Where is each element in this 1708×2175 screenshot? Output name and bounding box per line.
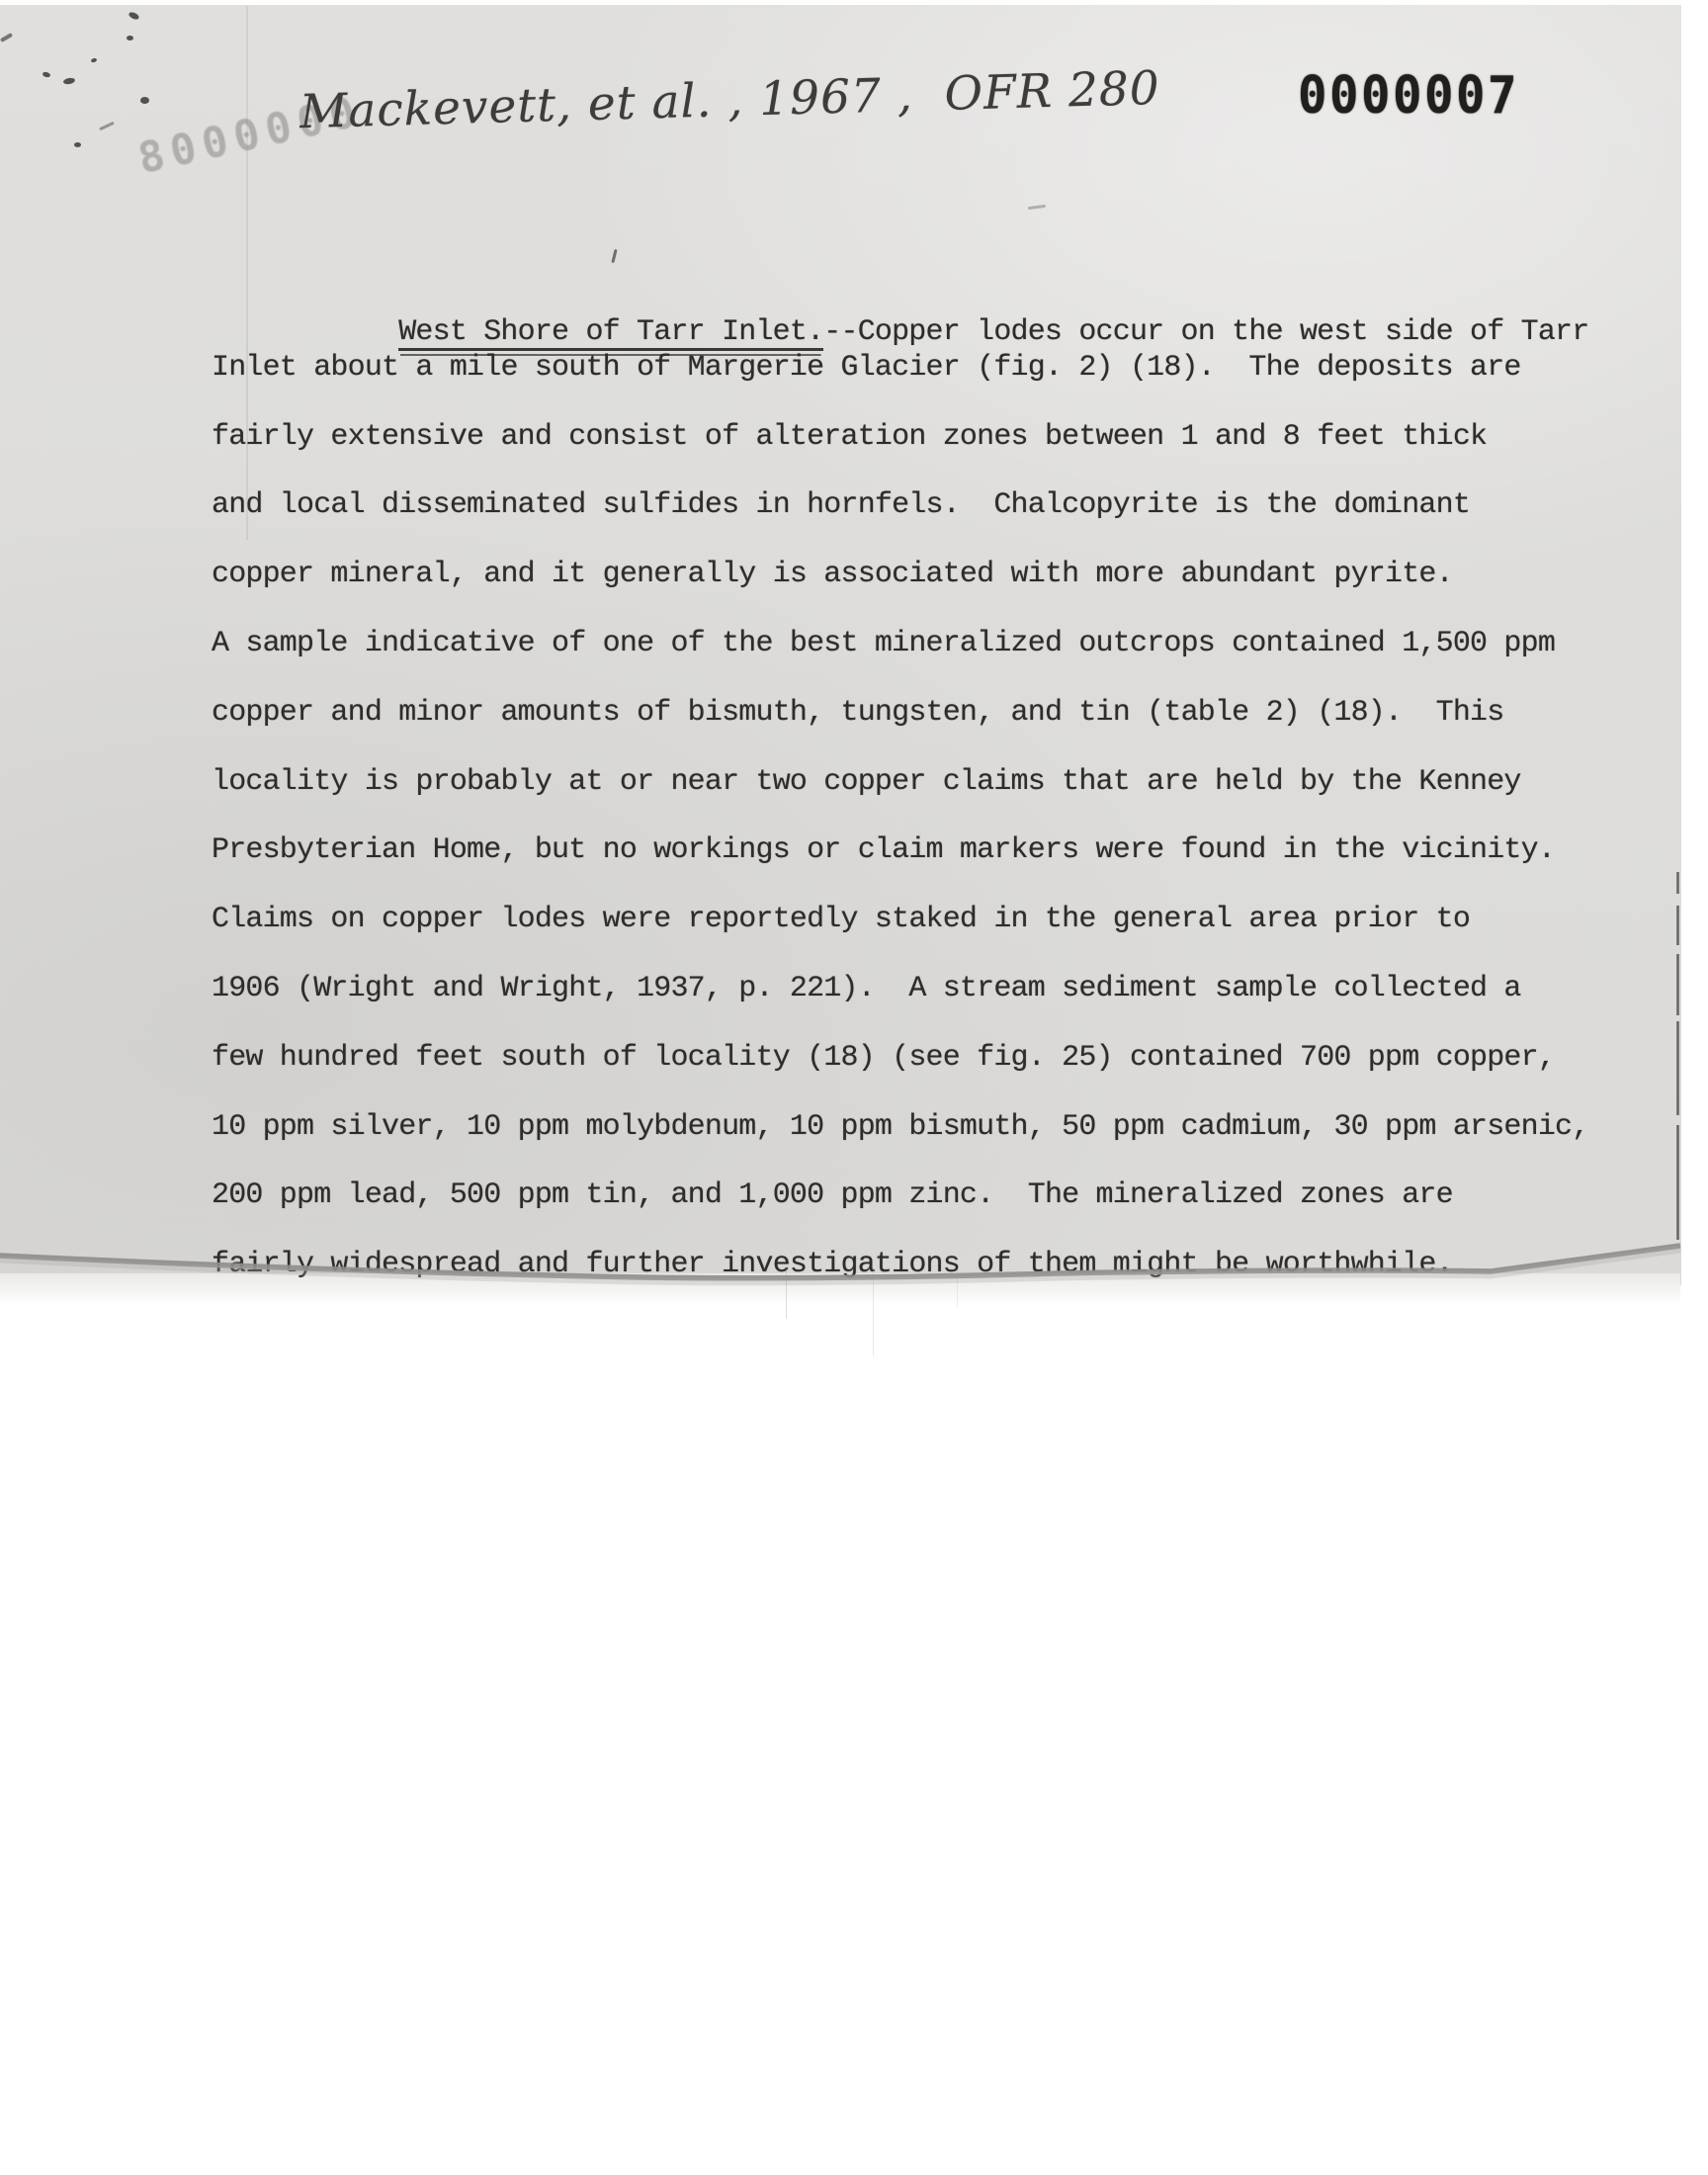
ink-speck [74, 142, 81, 147]
typed-line: few hundred feet south of locality (18) … [212, 1041, 1555, 1075]
scan-crease [873, 1269, 874, 1356]
scan-crease [786, 1267, 787, 1319]
typed-line: 1906 (Wright and Wright, 1937, p. 221). … [212, 972, 1521, 1005]
typed-line: 200 ppm lead, 500 ppm tin, and 1,000 ppm… [212, 1178, 1453, 1212]
typed-line: 10 ppm silver, 10 ppm molybdenum, 10 ppm… [212, 1110, 1588, 1144]
typed-line: fairly widespread and further investigat… [212, 1248, 1453, 1281]
serial-number-stamp: 0000007 [1298, 65, 1519, 125]
ink-speck [127, 36, 133, 41]
typed-line: A sample indicative of one of the best m… [212, 627, 1555, 660]
typed-line: Inlet about a mile south of Margerie Gla… [212, 351, 1521, 385]
typed-line: Claims on copper lodes were reportedly s… [212, 903, 1470, 936]
typed-line: Presbyterian Home, but no workings or cl… [212, 833, 1555, 867]
section-heading-underlined: West Shore of Tarr Inlet. [398, 315, 823, 356]
typed-line: and local disseminated sulfides in hornf… [212, 488, 1470, 522]
heading-rest-text: --Copper lodes occur on the west side of… [823, 315, 1588, 349]
typed-line: locality is probably at or near two copp… [212, 765, 1521, 799]
ink-speck [140, 97, 149, 104]
scan-crease [957, 1267, 958, 1307]
scanned-document-canvas: 8000000 Mackevett, et al. , 1967 , OFR 2… [0, 0, 1708, 2175]
typed-line: copper mineral, and it generally is asso… [212, 558, 1453, 591]
typed-line: copper and minor amounts of bismuth, tun… [212, 696, 1503, 730]
typed-line: fairly extensive and consist of alterati… [212, 420, 1487, 454]
scan-crease [246, 6, 248, 540]
typed-document-body: West Shore of Tarr Inlet.--Copper lodes … [212, 282, 1645, 1290]
